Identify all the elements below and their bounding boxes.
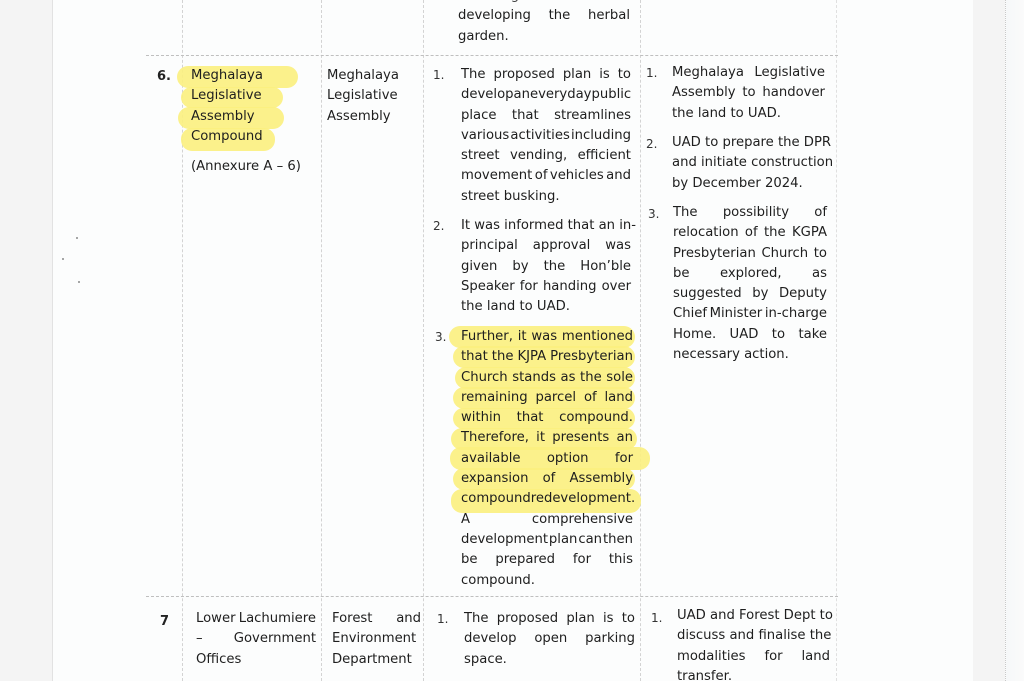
column-divider [423,0,424,681]
row-divider [146,55,838,56]
page-edge [1005,0,1024,681]
action-item: UAD to prepare the DPR and initiate cons… [672,133,832,194]
item-number: 3. [648,204,659,224]
annexure-ref: (Annexure A – 6) [191,157,316,177]
item-number: 2. [646,134,657,154]
scan-speck [62,258,64,260]
department: Forestand Environment Department [332,609,421,670]
department: Meghalaya Legislative Assembly [327,66,419,127]
serial-number: 7 [160,614,169,629]
item-number: 3. [435,327,446,347]
item-number: 1. [651,608,662,628]
action-item: UAD and Forest Dept to discuss and final… [677,606,830,681]
discussion-item-highlighted: Further,itwasmentioned thattheKJPAPresby… [461,327,633,591]
scan-speck [78,281,80,283]
action-item: Thepossibilityof relocationoftheKGPA Pre… [673,203,827,365]
action-item: MeghalayaLegislative Assemblytohandover … [672,63,825,124]
text-line: developingtheherbal [458,6,630,26]
item-number: 2. [433,216,444,236]
column-divider [321,0,322,681]
row-divider [146,596,838,597]
item-number: 1. [437,609,448,629]
item-number: 1. [433,65,444,85]
item-number: 1. [646,63,657,83]
discussion-item: Theproposedplanisto developaneverydaypub… [461,65,631,207]
site-name: LowerLachumiere –Government Offices [196,609,316,670]
scan-speck [76,237,78,239]
discussion-item: Theproposedplanisto developopenparking s… [464,609,635,670]
prev-row-discussion: kitchen garden ... developingtheherbal g… [458,0,630,47]
discussion-item: It was informed that an in- principalapp… [461,216,631,317]
site-name: Meghalaya Legislative Assembly Compound [191,66,316,147]
column-divider [640,0,641,681]
column-divider [836,0,837,681]
serial-number: 6. [157,69,171,84]
